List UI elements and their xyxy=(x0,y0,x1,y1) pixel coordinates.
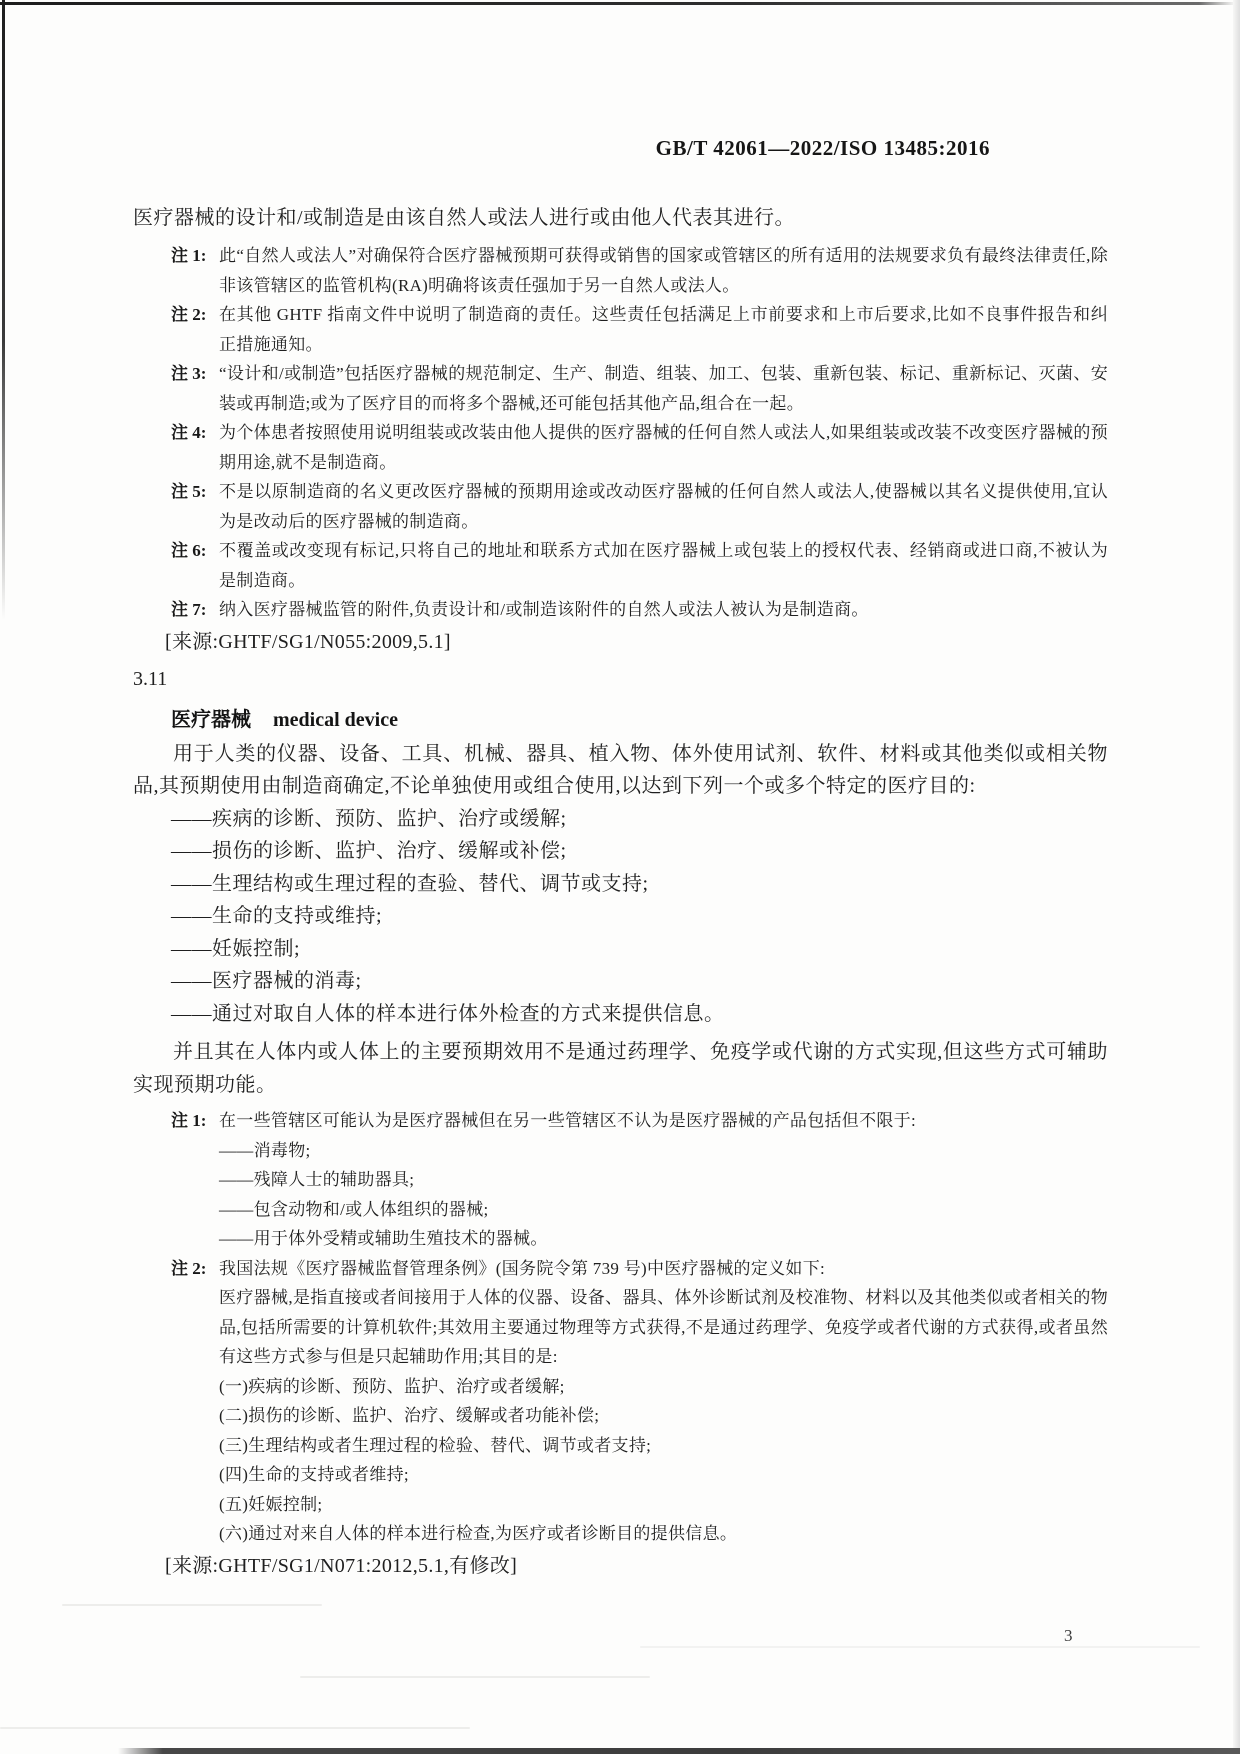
note-content: 在一些管辖区可能认为是医疗器械但在另一些管辖区不认为是医疗器械的产品包括但不限于… xyxy=(219,1106,1108,1254)
note-text: 纳入医疗器械监管的附件,负责设计和/或制造该附件的自然人或法人被认为是制造商。 xyxy=(219,595,1108,625)
note-sub-item: (二)损伤的诊断、监护、治疗、缓解或者功能补偿; xyxy=(219,1401,1108,1431)
standard-number-header: GB/T 42061—2022/ISO 13485:2016 xyxy=(0,136,990,161)
page-number: 3 xyxy=(1064,1626,1073,1646)
purpose-item: ——妊娠控制; xyxy=(171,933,1108,966)
note-label: 注 1: xyxy=(171,241,219,300)
note-sub-item: ——用于体外受精或辅助生殖技术的器械。 xyxy=(219,1224,1108,1254)
note-row: 注 5: 不是以原制造商的名义更改医疗器械的预期用途或改动医疗器械的任何自然人或… xyxy=(171,477,1108,536)
note-row: 注 2: 我国法规《医疗器械监督管理条例》(国务院令第 739 号)中医疗器械的… xyxy=(171,1254,1108,1549)
notes-block: 注 1: 此“自然人或法人”对确保符合医疗器械预期可获得或销售的国家或管辖区的所… xyxy=(133,241,1108,625)
purpose-item: ——医疗器械的消毒; xyxy=(171,965,1108,998)
source-reference: [来源:GHTF/SG1/N055:2009,5.1] xyxy=(165,627,1108,657)
note-label: 注 3: xyxy=(171,359,219,418)
note-label: 注 6: xyxy=(171,536,219,595)
note-label: 注 2: xyxy=(171,1254,219,1549)
purpose-list: ——疾病的诊断、预防、监护、治疗或缓解; ——损伤的诊断、监护、治疗、缓解或补偿… xyxy=(171,803,1108,1031)
note-label: 注 2: xyxy=(171,300,219,359)
scanned-document-page: GB/T 42061—2022/ISO 13485:2016 医疗器械的设计和/… xyxy=(0,0,1240,1754)
note-row: 注 6: 不覆盖或改变现有标记,只将自己的地址和联系方式加在医疗器械上或包装上的… xyxy=(171,536,1108,595)
note-text: 在其他 GHTF 指南文件中说明了制造商的责任。这些责任包括满足上市前要求和上市… xyxy=(219,300,1108,359)
purpose-item: ——生理结构或生理过程的查验、替代、调节或支持; xyxy=(171,868,1108,901)
note-label: 注 1: xyxy=(171,1106,219,1254)
note-lead-text: 我国法规《医疗器械监督管理条例》(国务院令第 739 号)中医疗器械的定义如下: xyxy=(219,1254,1108,1284)
purpose-item: ——生命的支持或维持; xyxy=(171,900,1108,933)
note-sub-item: (三)生理结构或者生理过程的检验、替代、调节或者支持; xyxy=(219,1431,1108,1461)
note-sub-item: ——包含动物和/或人体组织的器械; xyxy=(219,1195,1108,1225)
scan-border-top xyxy=(0,2,1236,5)
note-row: 注 1: 在一些管辖区可能认为是医疗器械但在另一些管辖区不认为是医疗器械的产品包… xyxy=(171,1106,1108,1254)
note-row: 注 7: 纳入医疗器械监管的附件,负责设计和/或制造该附件的自然人或法人被认为是… xyxy=(171,595,1108,625)
intro-paragraph: 医疗器械的设计和/或制造是由该自然人或法人进行或由他人代表其进行。 xyxy=(133,203,1108,233)
scan-border-bottom xyxy=(118,1748,1240,1754)
definition-notes-block: 注 1: 在一些管辖区可能认为是医疗器械但在另一些管辖区不认为是医疗器械的产品包… xyxy=(133,1106,1108,1549)
note-label: 注 7: xyxy=(171,595,219,625)
note-text: 为个体患者按照使用说明组装或改装由他人提供的医疗器械的任何自然人或法人,如果组装… xyxy=(219,418,1108,477)
note-label: 注 5: xyxy=(171,477,219,536)
scan-border-left xyxy=(2,0,5,620)
scan-border-right xyxy=(1233,0,1240,1754)
note-label: 注 4: xyxy=(171,418,219,477)
note-sub-item: ——消毒物; xyxy=(219,1136,1108,1166)
note-row: 注 2: 在其他 GHTF 指南文件中说明了制造商的责任。这些责任包括满足上市前… xyxy=(171,300,1108,359)
page-body: 医疗器械的设计和/或制造是由该自然人或法人进行或由他人代表其进行。 注 1: 此… xyxy=(133,203,1108,1581)
note-sub-item: (六)通过对来自人体的样本进行检查,为医疗或者诊断目的提供信息。 xyxy=(219,1519,1108,1549)
note-sub-item: (四)生命的支持或者维持; xyxy=(219,1460,1108,1490)
source-reference: [来源:GHTF/SG1/N071:2012,5.1,有修改] xyxy=(165,1551,1108,1581)
term-chinese: 医疗器械 xyxy=(171,709,251,731)
note-paragraph: 医疗器械,是指直接或者间接用于人体的仪器、设备、器具、体外诊断试剂及校准物、材料… xyxy=(219,1283,1108,1372)
term-english: medical device xyxy=(273,709,398,731)
note-text: 不覆盖或改变现有标记,只将自己的地址和联系方式加在医疗器械上或包装上的授权代表、… xyxy=(219,536,1108,595)
scan-streak xyxy=(0,1727,470,1729)
note-row: 注 4: 为个体患者按照使用说明组装或改装由他人提供的医疗器械的任何自然人或法人… xyxy=(171,418,1108,477)
scan-streak xyxy=(300,1676,650,1678)
note-lead-text: 在一些管辖区可能认为是医疗器械但在另一些管辖区不认为是医疗器械的产品包括但不限于… xyxy=(219,1106,1108,1136)
note-content: 我国法规《医疗器械监督管理条例》(国务院令第 739 号)中医疗器械的定义如下:… xyxy=(219,1254,1108,1549)
term-line: 医疗器械medical device xyxy=(171,703,1108,732)
note-sub-item: (一)疾病的诊断、预防、监护、治疗或者缓解; xyxy=(219,1372,1108,1402)
note-row: 注 3: “设计和/或制造”包括医疗器械的规范制定、生产、制造、组装、加工、包装… xyxy=(171,359,1108,418)
note-row: 注 1: 此“自然人或法人”对确保符合医疗器械预期可获得或销售的国家或管辖区的所… xyxy=(171,241,1108,300)
note-text: 不是以原制造商的名义更改医疗器械的预期用途或改动医疗器械的任何自然人或法人,使器… xyxy=(219,477,1108,536)
scan-streak xyxy=(640,1646,1200,1648)
note-sub-item: (五)妊娠控制; xyxy=(219,1490,1108,1520)
note-text: “设计和/或制造”包括医疗器械的规范制定、生产、制造、组装、加工、包装、重新包装… xyxy=(219,359,1108,418)
definition-paragraph: 用于人类的仪器、设备、工具、机械、器具、植入物、体外使用试剂、软件、材料或其他类… xyxy=(133,738,1108,803)
clause-number: 3.11 xyxy=(133,665,1108,693)
purpose-item: ——损伤的诊断、监护、治疗、缓解或补偿; xyxy=(171,835,1108,868)
definition-paragraph-2: 并且其在人体内或人体上的主要预期效用不是通过药理学、免疫学或代谢的方式实现,但这… xyxy=(133,1036,1108,1101)
note-sub-item: ——残障人士的辅助器具; xyxy=(219,1165,1108,1195)
scan-streak xyxy=(62,1604,322,1606)
note-text: 此“自然人或法人”对确保符合医疗器械预期可获得或销售的国家或管辖区的所有适用的法… xyxy=(219,241,1108,300)
purpose-item: ——通过对取自人体的样本进行体外检查的方式来提供信息。 xyxy=(171,998,1108,1031)
purpose-item: ——疾病的诊断、预防、监护、治疗或缓解; xyxy=(171,803,1108,836)
